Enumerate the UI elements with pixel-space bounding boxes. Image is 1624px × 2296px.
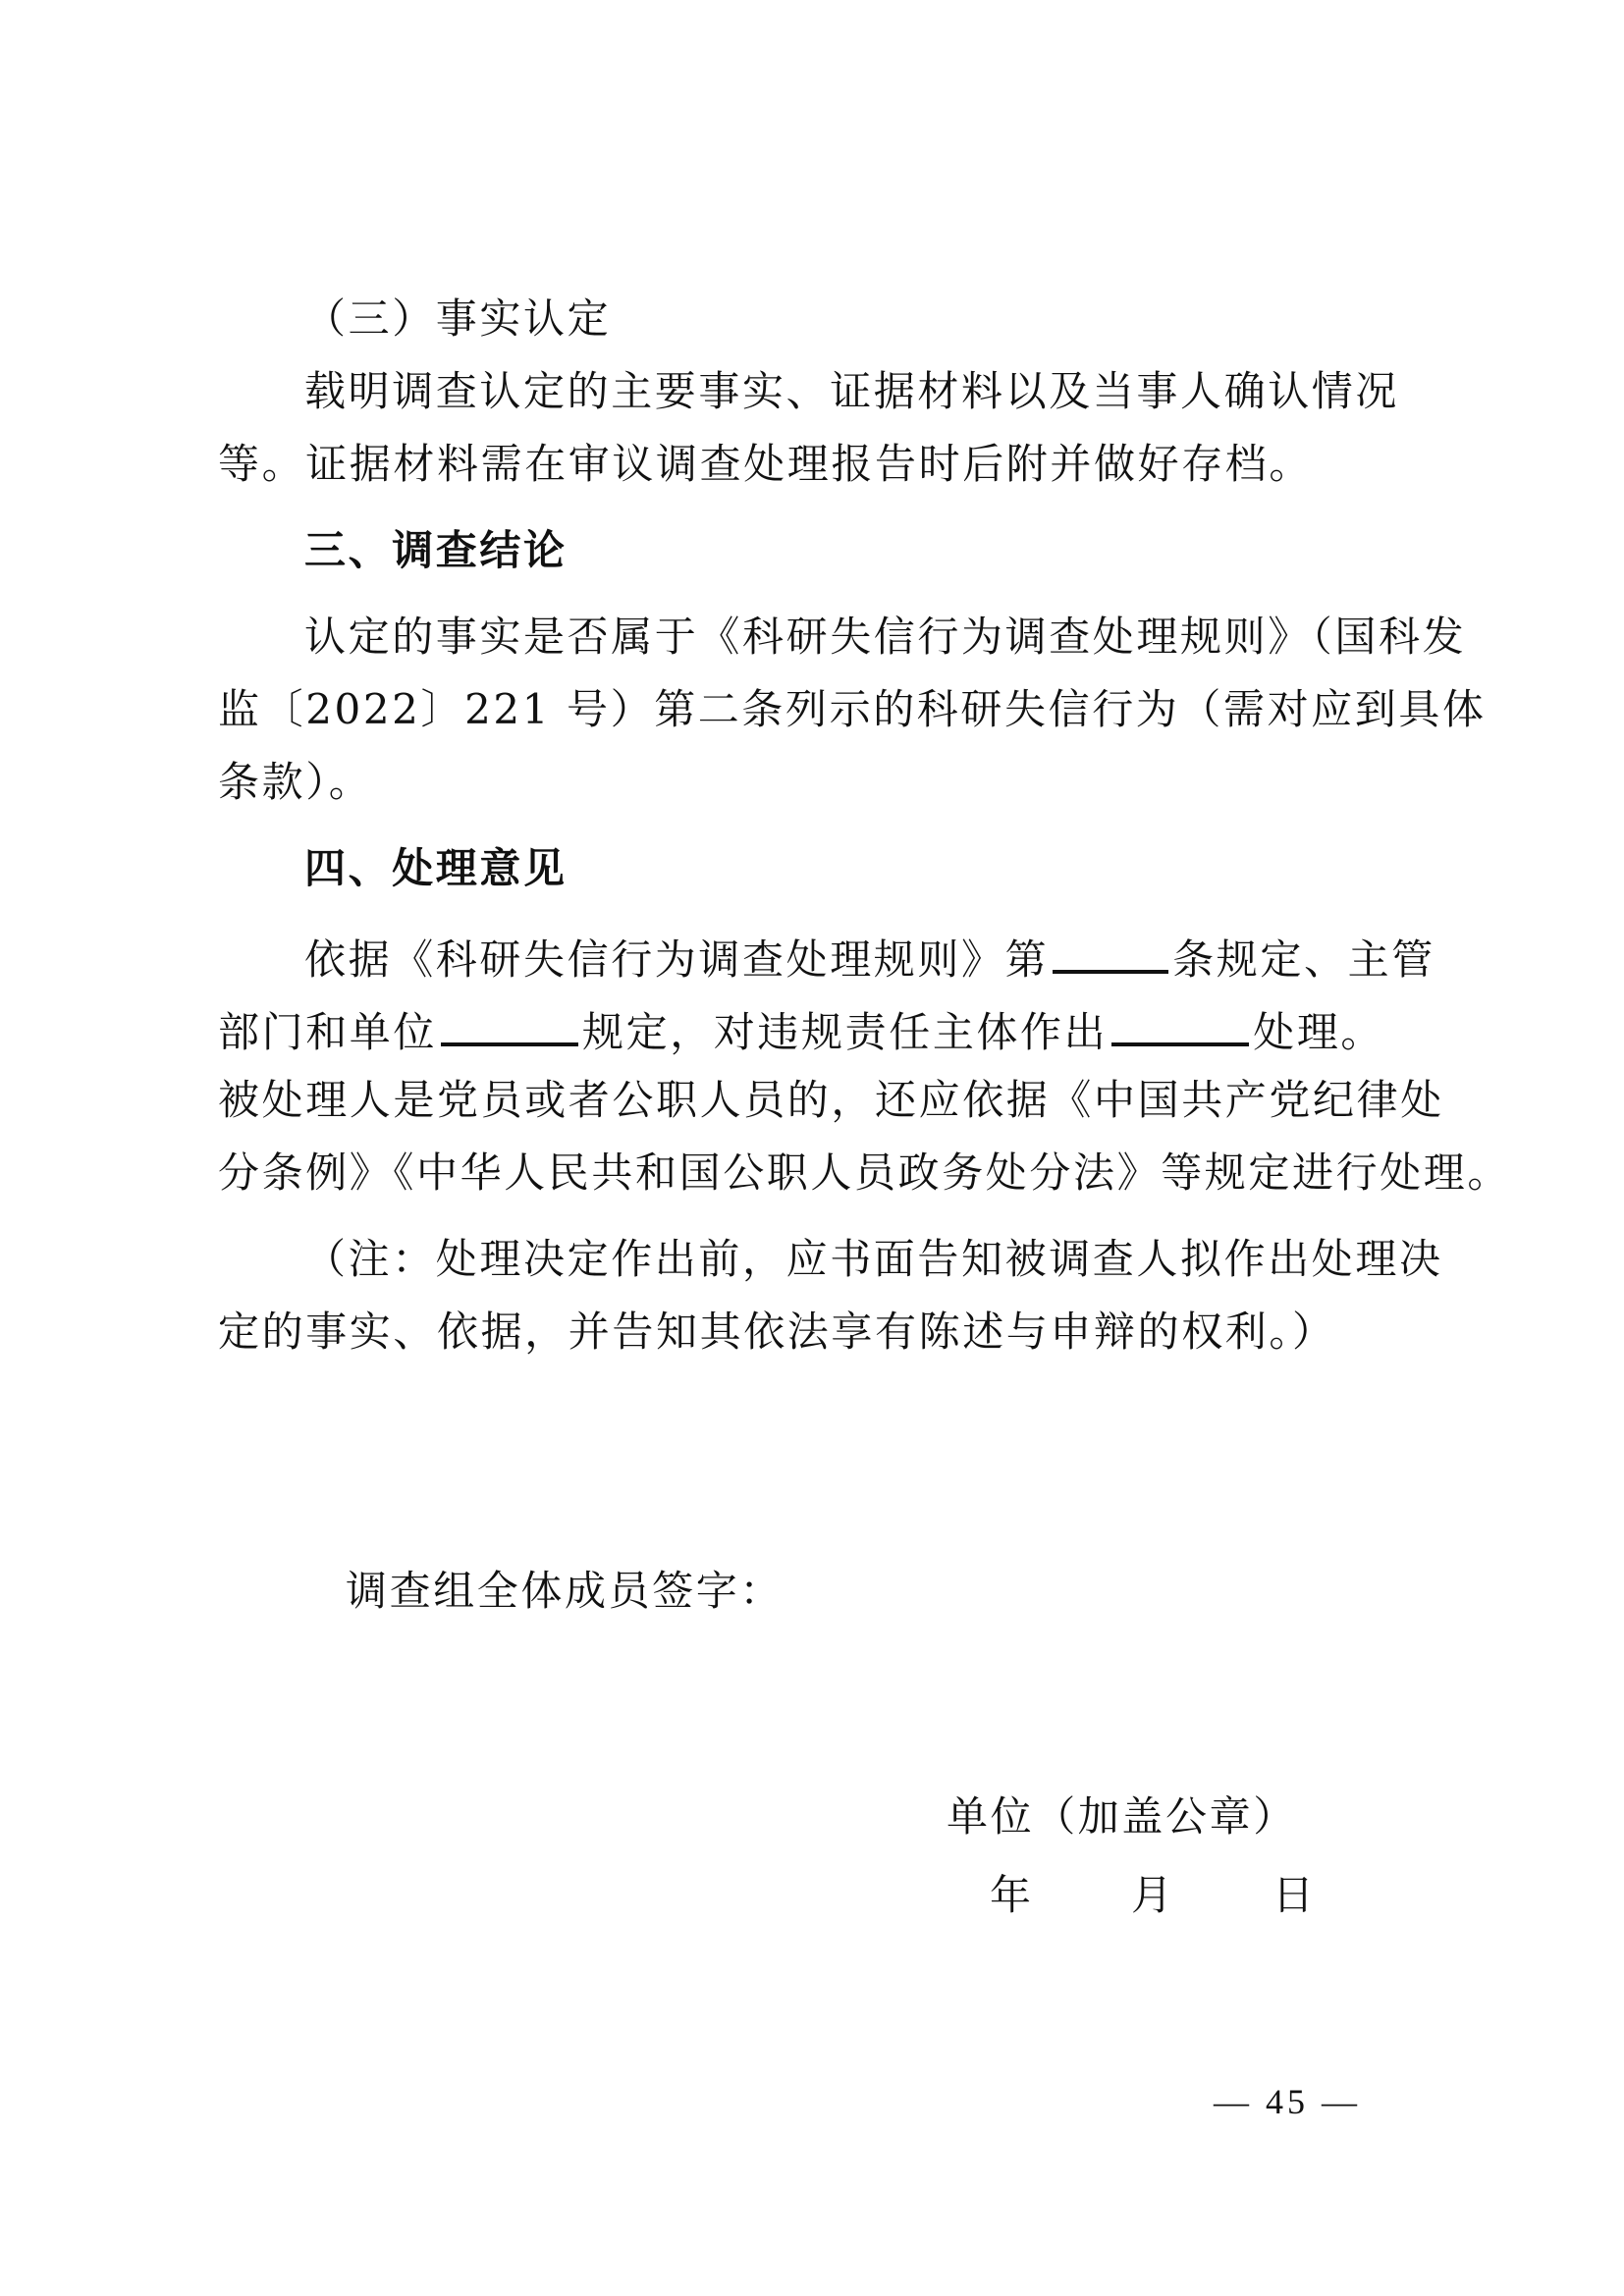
signature-label: 调查组全体成员签字：: [346, 1571, 784, 1612]
page-number: — 45 —: [1214, 2081, 1361, 2122]
opinion-text-b: 条规定、主管: [1172, 935, 1435, 984]
conclusion-heading: 三、调查结论: [304, 530, 568, 571]
opinion-paragraph-line-1: 依据《科研失信行为调查处理规则》第条规定、主管: [304, 934, 1435, 981]
conclusion-paragraph-line-1: 认定的事实是否属于《科研失信行为调查处理规则》（国科发: [304, 616, 1466, 658]
opinion-paragraph-line-3: 被处理人是党员或者公职人员的，还应依据《中国共产党纪律处: [218, 1080, 1444, 1121]
opinion-heading: 四、处理意见: [304, 848, 568, 889]
opinion-text-a: 依据《科研失信行为调查处理规则》第: [304, 935, 1049, 984]
conclusion-paragraph-line-2: 监〔2022〕221 号）第二条列示的科研失信行为（需对应到具体: [218, 689, 1487, 730]
unit-seal-label: 单位（加盖公章）: [947, 1796, 1297, 1838]
conclusion-paragraph-line-3: 条款）。: [218, 762, 372, 803]
facts-paragraph-line-1: 载明调查认定的主要事实、证据材料以及当事人确认情况: [304, 371, 1399, 412]
note-line-1: （注：处理决定作出前，应书面告知被调查人拟作出处理决: [304, 1239, 1443, 1280]
article-number-blank: [1053, 934, 1168, 974]
penalty-blank: [1111, 1007, 1249, 1046]
facts-paragraph-line-2: 等。证据材料需在审议调查处理报告时后附并做好存档。: [218, 444, 1313, 485]
opinion-text-e: 处理。: [1253, 1008, 1384, 1056]
opinion-paragraph-line-4: 分条例》《中华人民共和国公职人员政务处分法》等规定进行处理。: [218, 1152, 1511, 1194]
facts-heading: （三）事实认定: [304, 298, 611, 340]
note-line-2: 定的事实、依据，并告知其依法享有陈述与申辩的权利。）: [218, 1311, 1336, 1353]
department-rule-blank: [441, 1007, 578, 1046]
date-label: 年 月 日: [990, 1875, 1320, 1916]
opinion-text-d: 规定，对违规责任主体作出: [582, 1008, 1108, 1056]
opinion-text-c: 部门和单位: [218, 1008, 437, 1056]
opinion-paragraph-line-2: 部门和单位规定，对违规责任主体作出处理。: [218, 1007, 1384, 1053]
